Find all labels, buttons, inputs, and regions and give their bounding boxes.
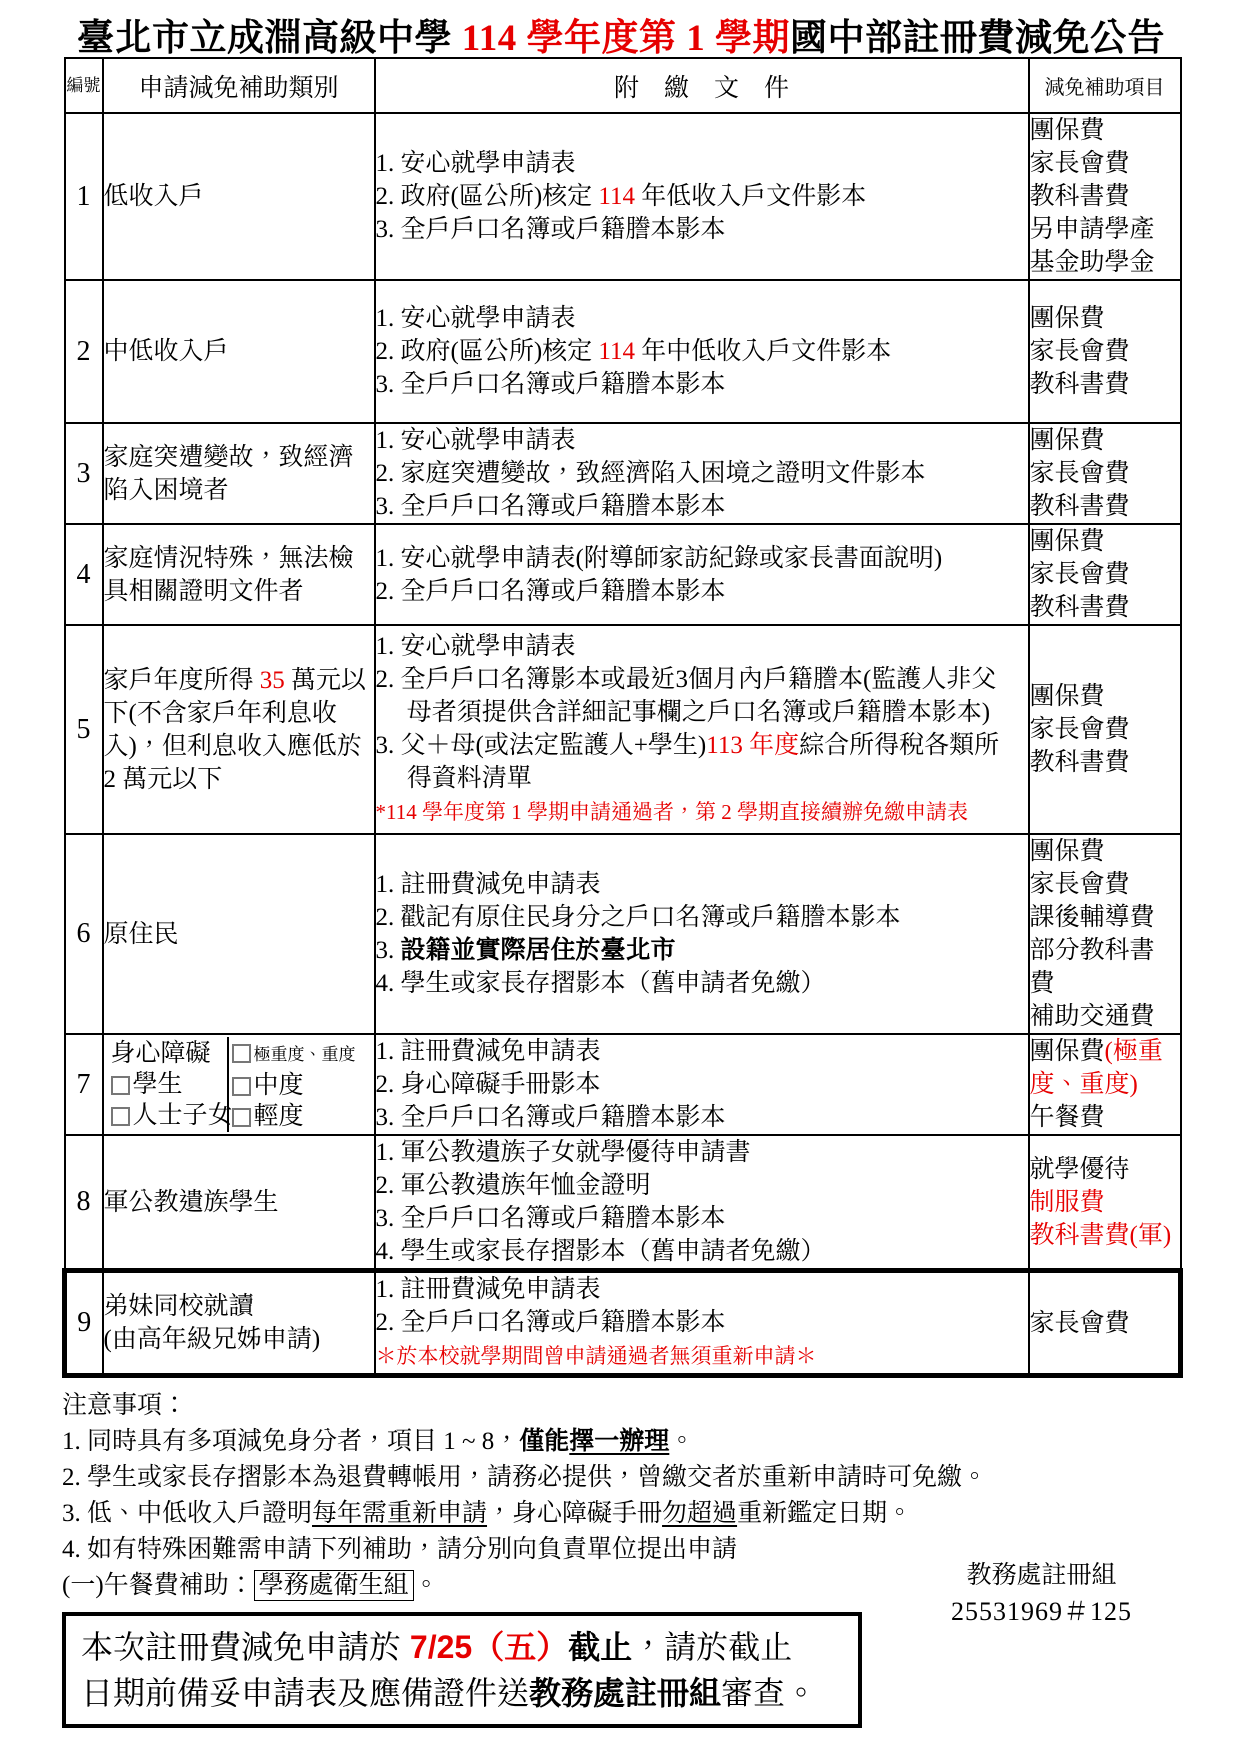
text-segment: 弟妹同校就讀: [104, 1293, 254, 1320]
text-segment: 2. 家庭突遭變故，致經濟陷入困境之證明文件影本: [376, 460, 926, 487]
text-segment: ，身心障礙手冊: [487, 1500, 662, 1527]
text-segment: 極重度、重度: [232, 1045, 356, 1064]
text-segment: 團保費: [1030, 838, 1105, 865]
text-line: 1. 安心就學申請表: [376, 147, 1028, 180]
text-line: 午餐費: [1030, 1101, 1180, 1134]
text-line: 2 萬元以下: [104, 763, 374, 796]
text-line: 家長會費: [1030, 147, 1180, 180]
checkbox-icon[interactable]: [232, 1077, 251, 1096]
text-segment: 。: [414, 1572, 439, 1599]
text-segment: 低收入戶: [104, 183, 204, 210]
text-segment: (一)午餐費補助：: [62, 1572, 254, 1599]
text-segment: 1. 安心就學申請表: [376, 305, 576, 332]
text-line: 家長會費: [1030, 713, 1180, 746]
text-segment: 就學優待: [1030, 1156, 1130, 1183]
items-cell: 團保費家長會費教科書費: [1029, 625, 1181, 834]
documents-cell: 1. 軍公教遺族子女就學優待申請書2. 軍公教遺族年恤金證明3. 全戶戶口名簿或…: [375, 1135, 1029, 1271]
documents-cell: 1. 安心就學申請表(附導師家訪紀錄或家長書面說明)2. 全戶戶口名簿或戶籍謄本…: [375, 524, 1029, 625]
header-number: 編號: [65, 58, 103, 113]
text-segment: 重新鑑定日期。: [737, 1500, 912, 1527]
text-segment: 團保費: [1030, 528, 1105, 555]
documents-cell: 1. 註冊費減免申請表2. 身心障礙手冊影本3. 全戶戶口名簿或戶籍謄本影本: [375, 1034, 1029, 1135]
items-cell: 團保費家長會費教科書費另申請學產基金助學金: [1029, 113, 1181, 280]
text-segment: 家長會費: [1030, 716, 1130, 743]
text-segment: 費: [1030, 970, 1055, 997]
text-line: 教科書費: [1030, 746, 1180, 779]
category-split-left: 身心障礙學生人士子女: [104, 1037, 227, 1132]
text-segment: 綜合所得稅各類所: [799, 732, 999, 759]
text-line: 1. 同時具有多項減免身分者，項目 1 ~ 8，僅能擇一辦理。: [62, 1424, 1180, 1460]
text-segment: (極重: [1105, 1038, 1163, 1065]
text-segment: 2. 政府(區公所)核定: [376, 183, 599, 210]
text-segment: 年中低收入戶文件影本: [635, 338, 891, 365]
text-line: 中低收入戶: [104, 335, 374, 368]
category-cell: 家庭情況特殊，無法檢具相關證明文件者: [103, 524, 375, 625]
text-line: 得資料清單: [376, 762, 1028, 795]
text-line: 本次註冊費減免申請於 7/25（五）截止，請於截止: [81, 1624, 843, 1670]
text-segment: 陷入困境者: [104, 477, 229, 504]
text-segment: 3. 全戶戶口名簿或戶籍謄本影本: [376, 371, 726, 398]
text-line: 1. 安心就學申請表(附導師家訪紀錄或家長書面說明): [376, 542, 1028, 575]
documents-cell: 1. 註冊費減免申請表2. 全戶戶口名簿或戶籍謄本影本＊於本校就學期間曾申請通過…: [375, 1271, 1029, 1376]
text-line: 3. 設籍並實際居住於臺北市: [376, 934, 1028, 967]
text-segment: 3.: [376, 937, 401, 964]
text-segment: 1. 安心就學申請表: [376, 633, 576, 660]
row-number-cell: 2: [65, 280, 103, 423]
text-segment: 2 萬元以下: [104, 766, 223, 793]
text-segment: 4. 如有特殊困難需申請下列補助，請分別向負責單位提出申請: [62, 1536, 737, 1563]
text-segment: 制服費: [1030, 1189, 1105, 1216]
text-segment: 教務處註冊組: [529, 1675, 721, 1711]
text-line: (由高年級兄姊申請): [104, 1323, 374, 1356]
text-line: 家長會費: [1030, 868, 1180, 901]
text-line: 家庭情況特殊，無法檢: [104, 542, 374, 575]
text-line: 2. 家庭突遭變故，致經濟陷入困境之證明文件影本: [376, 457, 1028, 490]
text-line: 人士子女: [111, 1100, 227, 1131]
text-line: 臺北市立成淵高級中學 114 學年度第 1 學期國中部註冊費減免公告: [62, 22, 1180, 55]
text-segment: 截止: [568, 1629, 632, 1665]
text-segment: 教科書費: [1030, 371, 1130, 398]
page-title: 臺北市立成淵高級中學 114 學年度第 1 學期國中部註冊費減免公告: [62, 22, 1180, 55]
announcement-page: 臺北市立成淵高級中學 114 學年度第 1 學期國中部註冊費減免公告 編號 申請…: [0, 0, 1241, 1728]
text-segment: 1. 軍公教遺族子女就學優待申請書: [376, 1139, 751, 1166]
text-line: 教科書費: [1030, 180, 1180, 213]
text-line: 下(不含家戶年利息收: [104, 697, 374, 730]
text-segment: 1. 同時具有多項減免身分者，項目 1 ~ 8，: [62, 1428, 519, 1455]
text-line: 教科書費(軍): [1030, 1219, 1180, 1252]
text-line: 基金助學金: [1030, 246, 1180, 279]
text-segment: 軍公教遺族學生: [104, 1189, 279, 1216]
text-line: 2. 政府(區公所)核定 114 年低收入戶文件影本: [376, 180, 1028, 213]
department-name: 教務處註冊組: [951, 1558, 1132, 1594]
text-segment: 7/25（五）: [410, 1629, 568, 1665]
text-segment: 午餐費: [1030, 1104, 1105, 1131]
text-segment: 身心障礙: [111, 1040, 211, 1067]
text-line: 團保費(極重: [1030, 1035, 1180, 1068]
category-split-right: 極重度、重度中度輕度: [227, 1037, 374, 1132]
text-segment: 114: [598, 338, 635, 365]
text-segment: 教科書費: [1030, 594, 1130, 621]
row-number-cell: 9: [65, 1271, 103, 1376]
text-line: 團保費: [1030, 835, 1180, 868]
text-line: 制服費: [1030, 1186, 1180, 1219]
text-segment: 萬元以: [285, 667, 366, 694]
text-segment: 家戶年度所得: [104, 667, 260, 694]
text-segment: 1. 安心就學申請表: [376, 150, 576, 177]
text-line: 軍公教遺族學生: [104, 1186, 374, 1219]
row-number-cell: 1: [65, 113, 103, 280]
category-cell: 身心障礙學生人士子女極重度、重度中度輕度: [103, 1034, 375, 1135]
documents-cell: 1. 註冊費減免申請表2. 戳記有原住民身分之戶口名簿或戶籍謄本影本3. 設籍並…: [375, 834, 1029, 1034]
category-cell: 家庭突遭變故，致經濟陷入困境者: [103, 423, 375, 524]
text-segment: 4. 學生或家長存摺影本（舊申請者免繳）: [376, 970, 826, 997]
text-segment: 3. 低、中低收入戶證明: [62, 1500, 312, 1527]
items-cell: 團保費家長會費教科書費: [1029, 280, 1181, 423]
text-segment: 。: [669, 1428, 694, 1455]
text-segment: 教科書費: [1030, 493, 1130, 520]
text-line: 團保費: [1030, 680, 1180, 713]
checkbox-icon[interactable]: [232, 1108, 251, 1127]
table-row: 9弟妹同校就讀(由高年級兄姊申請)1. 註冊費減免申請表2. 全戶戶口名簿或戶籍…: [65, 1271, 1181, 1376]
text-line: ＊於本校就學期間曾申請通過者無須重新申請＊: [376, 1339, 1028, 1373]
text-segment: 入)，但利息收入應低於: [104, 733, 362, 760]
text-line: 陷入困境者: [104, 474, 374, 507]
table-row: 3家庭突遭變故，致經濟陷入困境者1. 安心就學申請表2. 家庭突遭變故，致經濟陷…: [65, 423, 1181, 524]
text-segment: *114 學年度第 1 學期申請通過者，第 2 學期直接續辦免繳申請表: [376, 800, 968, 824]
text-segment: 國中部註冊費減免公告: [790, 18, 1165, 59]
text-segment: 本次註冊費減免申請於: [81, 1629, 410, 1665]
text-segment: 家長會費: [1030, 150, 1130, 177]
text-segment: 1. 註冊費減免申請表: [376, 1038, 601, 1065]
text-line: 2. 全戶戶口名簿或戶籍謄本影本: [376, 1306, 1028, 1339]
table-body: 1低收入戶1. 安心就學申請表2. 政府(區公所)核定 114 年低收入戶文件影…: [65, 113, 1181, 1376]
text-line: 團保費: [1030, 302, 1180, 335]
text-segment: 113 年度: [706, 732, 799, 759]
row-number-cell: 7: [65, 1034, 103, 1135]
text-segment: 年低收入戶文件影本: [635, 183, 866, 210]
text-line: 團保費: [1030, 424, 1180, 457]
text-segment: 家庭突遭變故，致經濟: [104, 444, 354, 471]
text-line: 3. 全戶戶口名簿或戶籍謄本影本: [376, 490, 1028, 523]
text-line: 2. 戳記有原住民身分之戶口名簿或戶籍謄本影本: [376, 901, 1028, 934]
text-segment: 中度: [232, 1072, 304, 1099]
text-line: 入)，但利息收入應低於: [104, 730, 374, 763]
text-segment: 部分教科書: [1030, 937, 1155, 964]
text-segment: 家長會費: [1030, 460, 1130, 487]
text-line: 學生: [111, 1069, 227, 1100]
text-line: 費: [1030, 967, 1180, 1000]
text-segment: 1. 註冊費減免申請表: [376, 1276, 601, 1303]
text-segment: 學生: [111, 1071, 183, 1098]
text-segment: 學務處衛生組: [254, 1570, 414, 1601]
text-line: 3. 全戶戶口名簿或戶籍謄本影本: [376, 213, 1028, 246]
text-segment: 2. 全戶戶口名簿或戶籍謄本影本: [376, 578, 726, 605]
text-segment: 審查。: [721, 1675, 817, 1711]
text-segment: 2. 全戶戶口名簿或戶籍謄本影本: [376, 1309, 726, 1336]
text-segment: 2. 戳記有原住民身分之戶口名簿或戶籍謄本影本: [376, 904, 901, 931]
notes-section: 注意事項： 1. 同時具有多項減免身分者，項目 1 ~ 8，僅能擇一辦理。2. …: [62, 1388, 1180, 1604]
items-cell: 團保費(極重度、重度)午餐費: [1029, 1034, 1181, 1135]
checkbox-icon[interactable]: [111, 1076, 130, 1095]
text-line: 就學優待: [1030, 1153, 1180, 1186]
header-documents: 附 繳 文 件: [375, 58, 1029, 113]
table-header-row: 編號 申請減免補助類別 附 繳 文 件 減免補助項目: [65, 58, 1181, 113]
text-segment: 2. 軍公教遺族年恤金證明: [376, 1172, 651, 1199]
category-cell: 家戶年度所得 35 萬元以下(不含家戶年利息收入)，但利息收入應低於2 萬元以下: [103, 625, 375, 834]
text-line: 4. 學生或家長存摺影本（舊申請者免繳）: [376, 1235, 1028, 1268]
text-line: 4. 學生或家長存摺影本（舊申請者免繳）: [376, 967, 1028, 1000]
text-segment: 家長會費: [1030, 561, 1130, 588]
text-line: 1. 註冊費減免申請表: [376, 1035, 1028, 1068]
text-segment: 團保費: [1030, 1038, 1105, 1065]
text-segment: 勿超過: [662, 1500, 737, 1527]
text-line: 弟妹同校就讀: [104, 1290, 374, 1323]
text-segment: 中低收入戶: [104, 338, 229, 365]
text-line: 2. 全戶戶口名簿影本或最近3個月內戶籍謄本(監護人非父: [376, 663, 1028, 696]
text-segment: 日期前備妥申請表及應備證件送: [81, 1675, 529, 1711]
text-segment: 1. 註冊費減免申請表: [376, 871, 601, 898]
text-segment: 3. 全戶戶口名簿或戶籍謄本影本: [376, 216, 726, 243]
text-segment: 每年需重新申請: [312, 1500, 487, 1527]
text-segment: 團保費: [1030, 683, 1105, 710]
text-segment: 1. 安心就學申請表(附導師家訪紀錄或家長書面說明): [376, 545, 943, 572]
text-line: 具相關證明文件者: [104, 575, 374, 608]
text-line: 1. 註冊費減免申請表: [376, 1273, 1028, 1306]
text-segment: 3. 全戶戶口名簿或戶籍謄本影本: [376, 1104, 726, 1131]
text-segment: 家長會費: [1030, 1310, 1130, 1337]
text-line: 3. 父＋母(或法定監護人+學生)113 年度綜合所得稅各類所: [376, 729, 1028, 762]
notes-heading: 注意事項：: [62, 1388, 1180, 1424]
text-line: 1. 安心就學申請表: [376, 630, 1028, 663]
text-line: 教科書費: [1030, 591, 1180, 624]
documents-cell: 1. 安心就學申請表2. 政府(區公所)核定 114 年中低收入戶文件影本3. …: [375, 280, 1029, 423]
text-segment: 教科書費: [1030, 749, 1130, 776]
text-line: 3. 低、中低收入戶證明每年需重新申請，身心障礙手冊勿超過重新鑑定日期。: [62, 1496, 1180, 1532]
text-line: 家長會費: [1030, 1307, 1179, 1340]
category-cell: 原住民: [103, 834, 375, 1034]
text-line: 1. 安心就學申請表: [376, 302, 1028, 335]
text-segment: 2. 學生或家長存摺影本為退費轉帳用，請務必提供，曾繳交者於重新申請時可免繳。: [62, 1464, 987, 1491]
text-segment: 團保費: [1030, 117, 1105, 144]
text-line: 輕度: [232, 1101, 374, 1132]
text-segment: 臺北市立成淵高級中學: [77, 18, 462, 59]
category-cell: 中低收入戶: [103, 280, 375, 423]
text-line: 1. 註冊費減免申請表: [376, 868, 1028, 901]
text-segment: 2. 政府(區公所)核定: [376, 338, 599, 365]
text-line: 家戶年度所得 35 萬元以: [104, 664, 374, 697]
text-segment: 家庭情況特殊，無法檢: [104, 545, 354, 572]
text-line: 度、重度): [1030, 1068, 1180, 1101]
items-cell: 就學優待制服費教科書費(軍): [1029, 1135, 1181, 1271]
checkbox-icon[interactable]: [232, 1044, 251, 1063]
documents-cell: 1. 安心就學申請表2. 政府(區公所)核定 114 年低收入戶文件影本3. 全…: [375, 113, 1029, 280]
text-segment: 輕度: [232, 1103, 304, 1130]
table-row: 4家庭情況特殊，無法檢具相關證明文件者1. 安心就學申請表(附導師家訪紀錄或家長…: [65, 524, 1181, 625]
text-line: 2. 政府(區公所)核定 114 年中低收入戶文件影本: [376, 335, 1028, 368]
text-line: 3. 全戶戶口名簿或戶籍謄本影本: [376, 368, 1028, 401]
table-row: 1低收入戶1. 安心就學申請表2. 政府(區公所)核定 114 年低收入戶文件影…: [65, 113, 1181, 280]
header-category: 申請減免補助類別: [103, 58, 375, 113]
text-segment: 具相關證明文件者: [104, 578, 304, 605]
text-segment: 3. 全戶戶口名簿或戶籍謄本影本: [376, 493, 726, 520]
text-segment: 團保費: [1030, 305, 1105, 332]
phone-number: 25531969＃125: [951, 1594, 1132, 1630]
text-line: 團保費: [1030, 114, 1180, 147]
text-segment: (由高年級兄姊申請): [104, 1326, 321, 1353]
text-line: 2. 軍公教遺族年恤金證明: [376, 1169, 1028, 1202]
text-segment: 原住民: [104, 921, 179, 948]
text-segment: 團保費: [1030, 427, 1105, 454]
table-row: 6原住民1. 註冊費減免申請表2. 戳記有原住民身分之戶口名簿或戶籍謄本影本3.…: [65, 834, 1181, 1034]
text-segment: 3. 全戶戶口名簿或戶籍謄本影本: [376, 1205, 726, 1232]
text-line: 2. 學生或家長存摺影本為退費轉帳用，請務必提供，曾繳交者於重新申請時可免繳。: [62, 1460, 1180, 1496]
header-items: 減免補助項目: [1029, 58, 1181, 113]
text-line: 2. 身心障礙手冊影本: [376, 1068, 1028, 1101]
table-row: 8軍公教遺族學生1. 軍公教遺族子女就學優待申請書2. 軍公教遺族年恤金證明3.…: [65, 1135, 1181, 1271]
text-segment: 1. 安心就學申請表: [376, 427, 576, 454]
text-line: 日期前備妥申請表及應備證件送教務處註冊組審查。: [81, 1670, 843, 1716]
text-segment: 母者須提供含詳細記事欄之戶口名簿或戶籍謄本影本): [376, 699, 991, 726]
text-segment: 人士子女: [111, 1102, 233, 1129]
text-line: 中度: [232, 1070, 374, 1101]
documents-cell: 1. 安心就學申請表2. 家庭突遭變故，致經濟陷入困境之證明文件影本3. 全戶戶…: [375, 423, 1029, 524]
text-segment: 家長會費: [1030, 338, 1130, 365]
text-segment: 擇一辦理: [569, 1428, 669, 1455]
category-cell: 低收入戶: [103, 113, 375, 280]
text-segment: 4. 學生或家長存摺影本（舊申請者免繳）: [376, 1238, 826, 1265]
text-line: 母者須提供含詳細記事欄之戶口名簿或戶籍謄本影本): [376, 696, 1028, 729]
row-number-cell: 5: [65, 625, 103, 834]
text-segment: 基金助學金: [1030, 249, 1155, 276]
table-row: 5家戶年度所得 35 萬元以下(不含家戶年利息收入)，但利息收入應低於2 萬元以…: [65, 625, 1181, 834]
text-segment: 補助交通費: [1030, 1003, 1155, 1030]
category-cell: 弟妹同校就讀(由高年級兄姊申請): [103, 1271, 375, 1376]
row-number-cell: 4: [65, 524, 103, 625]
text-segment: 2. 身心障礙手冊影本: [376, 1071, 601, 1098]
text-segment: 度、重度): [1030, 1071, 1138, 1098]
text-segment: 35: [260, 667, 285, 694]
text-segment: 下(不含家戶年利息收: [104, 700, 337, 727]
text-segment: 僅能: [519, 1428, 569, 1455]
text-line: 課後輔導費: [1030, 901, 1180, 934]
text-line: 原住民: [104, 918, 374, 951]
category-cell: 軍公教遺族學生: [103, 1135, 375, 1271]
items-cell: 團保費家長會費教科書費: [1029, 423, 1181, 524]
text-segment: 教科書費(軍): [1030, 1222, 1172, 1249]
table-row: 2中低收入戶1. 安心就學申請表2. 政府(區公所)核定 114 年中低收入戶文…: [65, 280, 1181, 423]
text-segment: 2. 全戶戶口名簿影本或最近3個月內戶籍謄本(監護人非父: [376, 666, 997, 693]
text-line: 極重度、重度: [232, 1037, 374, 1070]
text-segment: ，請於截止: [632, 1629, 792, 1665]
row-number-cell: 8: [65, 1135, 103, 1271]
text-segment: 教科書費: [1030, 183, 1130, 210]
items-cell: 團保費家長會費課後輔導費部分教科書費補助交通費: [1029, 834, 1181, 1034]
text-segment: 家長會費: [1030, 871, 1130, 898]
text-line: 身心障礙: [111, 1038, 227, 1069]
text-line: 低收入戶: [104, 180, 374, 213]
text-line: 家長會費: [1030, 335, 1180, 368]
items-cell: 家長會費: [1029, 1271, 1181, 1376]
deadline-notice-box: 本次註冊費減免申請於 7/25（五）截止，請於截止日期前備妥申請表及應備證件送教…: [62, 1612, 862, 1728]
text-line: 團保費: [1030, 525, 1180, 558]
text-line: 3. 全戶戶口名簿或戶籍謄本影本: [376, 1202, 1028, 1235]
row-number-cell: 6: [65, 834, 103, 1034]
text-line: 家長會費: [1030, 457, 1180, 490]
text-segment: 課後輔導費: [1030, 904, 1155, 931]
fee-waiver-table: 編號 申請減免補助類別 附 繳 文 件 減免補助項目 1低收入戶1. 安心就學申…: [62, 57, 1183, 1378]
text-segment: 設籍並實際居住於臺北市: [401, 937, 676, 964]
documents-cell: 1. 安心就學申請表2. 全戶戶口名簿影本或最近3個月內戶籍謄本(監護人非父 母…: [375, 625, 1029, 834]
text-line: 家長會費: [1030, 558, 1180, 591]
text-line: 教科書費: [1030, 368, 1180, 401]
text-segment: 114: [598, 183, 635, 210]
text-line: 3. 全戶戶口名簿或戶籍謄本影本: [376, 1101, 1028, 1134]
text-line: 教科書費: [1030, 490, 1180, 523]
table-row: 7身心障礙學生人士子女極重度、重度中度輕度1. 註冊費減免申請表2. 身心障礙手…: [65, 1034, 1181, 1135]
text-segment: ＊於本校就學期間曾申請通過者無須重新申請＊: [376, 1344, 817, 1368]
text-line: 家庭突遭變故，致經濟: [104, 441, 374, 474]
text-segment: 得資料清單: [376, 765, 532, 792]
text-line: 1. 軍公教遺族子女就學優待申請書: [376, 1136, 1028, 1169]
text-line: 另申請學產: [1030, 213, 1180, 246]
text-line: *114 學年度第 1 學期申請通過者，第 2 學期直接續辦免繳申請表: [376, 795, 1028, 829]
text-segment: 另申請學產: [1030, 216, 1155, 243]
text-line: 部分教科書: [1030, 934, 1180, 967]
row-number-cell: 3: [65, 423, 103, 524]
contact-block: 教務處註冊組 25531969＃125: [951, 1558, 1132, 1630]
text-segment: 114 學年度第 1 學期: [462, 18, 790, 59]
checkbox-icon[interactable]: [111, 1107, 130, 1126]
items-cell: 團保費家長會費教科書費: [1029, 524, 1181, 625]
text-segment: 3. 父＋母(或法定監護人+學生): [376, 732, 707, 759]
text-line: 2. 全戶戶口名簿或戶籍謄本影本: [376, 575, 1028, 608]
text-line: 補助交通費: [1030, 1000, 1180, 1033]
text-line: 1. 安心就學申請表: [376, 424, 1028, 457]
